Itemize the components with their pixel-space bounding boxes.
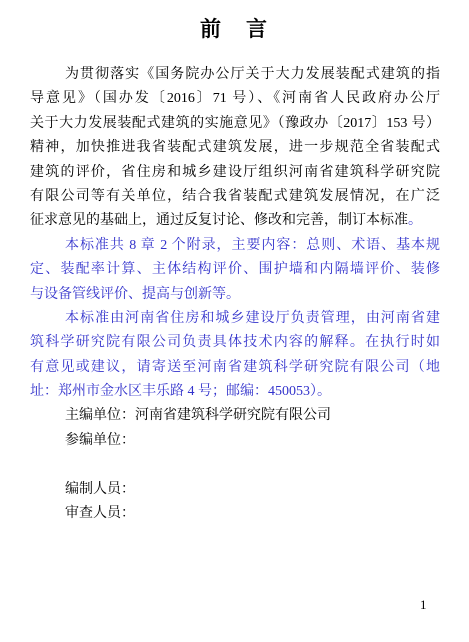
chief-editor-line: 主编单位：河南省建筑科学研究院有限公司: [30, 404, 440, 428]
text-line: 关于大力发展装配式建筑的实施意见》（豫政办〔2017〕153 号）: [30, 112, 440, 136]
text-line: 为贯彻落实《国务院办公厅关于大力发展装配式建筑的指: [30, 63, 440, 87]
reviewers-line: 审查人员：: [30, 502, 440, 526]
text-line: 有限公司等有关单位，结合我省装配式建筑发展情况，在广泛: [30, 185, 440, 209]
text-line: 与设备管线评价、提高与创新等。: [30, 283, 440, 307]
document-page: 前 言 为贯彻落实《国务院办公厅关于大力发展装配式建筑的指 导意见》（国办发〔2…: [0, 0, 469, 642]
paragraph-management: 本标准由河南省住房和城乡建设厅负责管理，由河南省建 筑科学研究院有限公司负责具体…: [30, 307, 440, 405]
text-line: 精神，加快推进我省装配式建筑发展，进一步规范全省装配式: [30, 136, 440, 160]
text-line: 建筑的评价，省住房和城乡建设厅组织河南省建筑科学研究院: [30, 161, 440, 185]
text-segment: 征求意见的基础上，通过反复讨论、修改和完善，制订本标准: [30, 213, 408, 228]
chief-editor-value: 河南省建筑科学研究院有限公司: [135, 408, 331, 423]
text-line: 定、装配率计算、主体结构评价、围护墙和内隔墙评价、装修: [30, 258, 440, 282]
paragraph-contents-summary: 本标准共 8 章 2 个附录，主要内容：总则、术语、基本规 定、装配率计算、主体…: [30, 234, 440, 307]
document-body: 为贯彻落实《国务院办公厅关于大力发展装配式建筑的指 导意见》（国办发〔2016〕…: [30, 63, 440, 526]
co-editor-line: 参编单位：: [30, 429, 440, 453]
page-title: 前 言: [0, 16, 469, 42]
blank-line: [30, 453, 440, 477]
text-line: 征求意见的基础上，通过反复讨论、修改和完善，制订本标准。: [30, 209, 440, 233]
page-number: 1: [420, 597, 427, 613]
credits-section: 主编单位：河南省建筑科学研究院有限公司 参编单位： 编制人员： 审查人员：: [30, 404, 440, 526]
text-line: 导意见》（国办发〔2016〕71 号）、《河南省人民政府办公厅: [30, 87, 440, 111]
paragraph-intro: 为贯彻落实《国务院办公厅关于大力发展装配式建筑的指 导意见》（国办发〔2016〕…: [30, 63, 440, 234]
text-line: 有意见或建议，请寄送至河南省建筑科学研究院有限公司（地: [30, 356, 440, 380]
text-segment-highlight: 。: [408, 213, 422, 228]
compilers-line: 编制人员：: [30, 478, 440, 502]
text-line: 本标准共 8 章 2 个附录，主要内容：总则、术语、基本规: [30, 234, 440, 258]
text-line: 址：郑州市金水区丰乐路 4 号；邮编：450053）。: [30, 380, 440, 404]
chief-editor-label: 主编单位：: [65, 408, 135, 423]
text-line: 本标准由河南省住房和城乡建设厅负责管理，由河南省建: [30, 307, 440, 331]
text-line: 筑科学研究院有限公司负责具体技术内容的解释。在执行时如: [30, 331, 440, 355]
